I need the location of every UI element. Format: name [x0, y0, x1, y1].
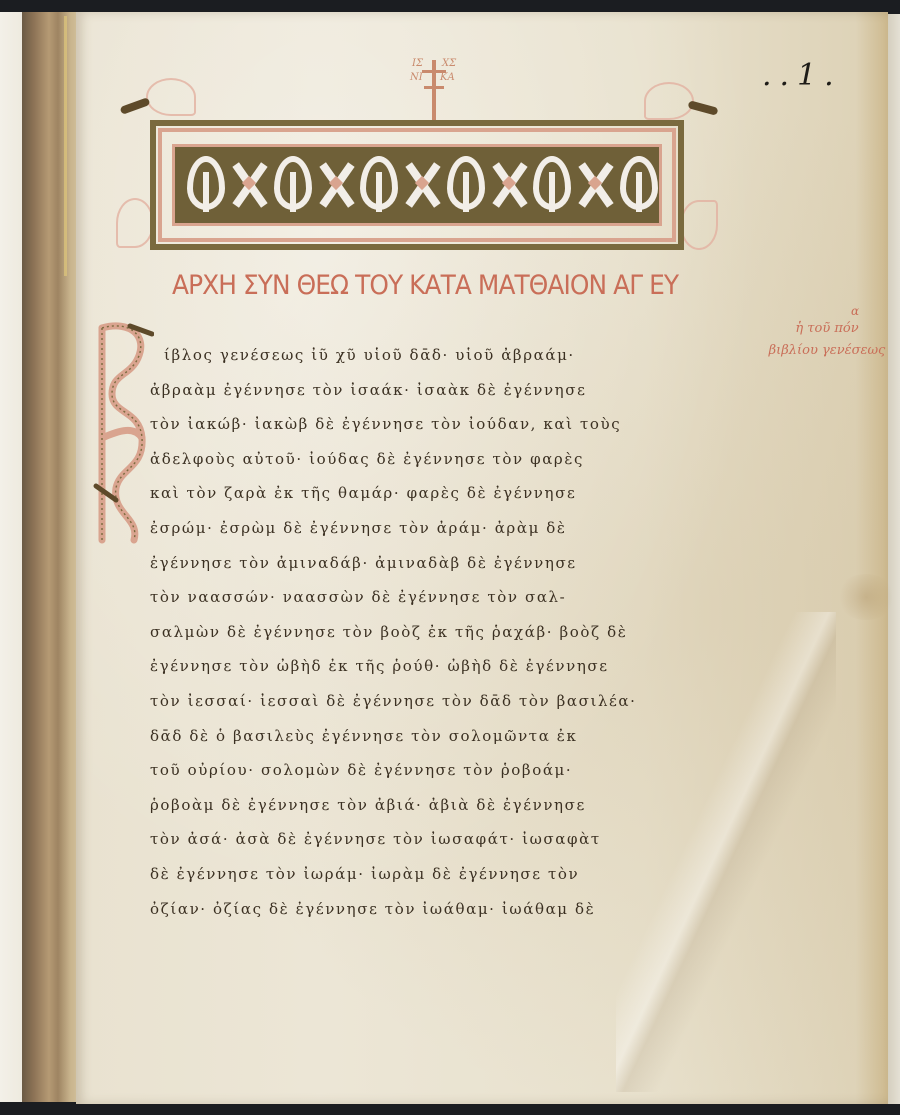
- cross-inscription-tl: ΙΣ: [412, 58, 423, 69]
- folio-number: ..1.: [762, 58, 842, 93]
- text-line: ἐγέννησε τὸν ἀμιναδάβ· ἀμιναδὰβ δὲ ἐγένν…: [150, 546, 690, 581]
- margin-mark: α: [818, 304, 892, 318]
- cross-ornament-icon: [482, 152, 525, 218]
- text-line: ἀβραὰμ ἐγέννησε τὸν ἰσαάκ· ἰσαὰκ δὲ ἐγέν…: [150, 373, 690, 408]
- headpiece-panel: [172, 144, 662, 226]
- leaf-stem: [636, 172, 642, 212]
- palmette-icon: [179, 152, 222, 218]
- text-line: δᾱδ δὲ ὁ βασιλεὺς ἐγέννησε τὸν σολομῶντα…: [150, 719, 690, 754]
- cross-ornament-icon: [222, 152, 265, 218]
- flourish-icon: [680, 200, 718, 250]
- cross-ornament-icon: [568, 152, 611, 218]
- leaf-stem: [463, 172, 469, 212]
- leaf-stem: [376, 172, 382, 212]
- cross-inscription-tr: ΧΣ: [442, 58, 456, 69]
- binding-gutter: [22, 12, 82, 1102]
- palmette-icon: [439, 152, 482, 218]
- binding-thread: [64, 16, 67, 276]
- text-line: τὸν ἰακώβ· ἰακὼβ δὲ ἐγέννησε τὸν ἰούδαν,…: [150, 407, 690, 442]
- leaf-stem: [290, 172, 296, 212]
- ornament-band: [179, 151, 655, 219]
- text-line: δὲ ἐγέννησε τὸν ἰωράμ· ἰωρὰμ δὲ ἐγέννησε…: [150, 857, 690, 892]
- flourish-icon: [146, 78, 196, 116]
- palmette-icon: [525, 152, 568, 218]
- main-text-column: ίβλος γενέσεως ἰῦ χῦ υἱοῦ δᾱδ· υἱοῦ ἀβρα…: [150, 338, 690, 926]
- cross-ornament-icon: [309, 152, 352, 218]
- palmette-icon: [612, 152, 655, 218]
- cross-bar-main: [424, 86, 444, 89]
- cross-inscription-br: ΚΑ: [440, 72, 455, 83]
- margin-note-line-1: ἡ τοῦ πόν: [762, 318, 892, 340]
- cross-inscription-bl: ΝΙ: [410, 72, 423, 83]
- text-line: ἐσρώμ· ἐσρὼμ δὲ ἐγέννησε τὸν ἀράμ· ἀρὰμ …: [150, 511, 690, 546]
- text-line: καὶ τὸν ζαρὰ ἐκ τῆς θαμάρ· φαρὲς δὲ ἐγέν…: [150, 476, 690, 511]
- text-line: ῥοβοὰμ δὲ ἐγέννησε τὸν ἀβιά· ἀβιὰ δὲ ἐγέ…: [150, 788, 690, 823]
- flourish-icon: [116, 198, 154, 248]
- palmette-icon: [266, 152, 309, 218]
- text-line: ἐγέννησε τὸν ὠβὴδ ἐκ τῆς ῥούθ· ὠβὴδ δὲ ἐ…: [150, 649, 690, 684]
- margin-annotation: α ἡ τοῦ πόν βιβλίου γενέσεως: [762, 304, 892, 362]
- margin-note-line-2: βιβλίου γενέσεως: [762, 340, 892, 362]
- leaf-stem: [203, 172, 209, 212]
- rubric-title: ΑΡΧΗ ΣΥΝ ΘΕΩ ΤΟΥ ΚΑΤΑ ΜΑΤΘΑΙΟΝ ΑΓ ΕΥ: [172, 270, 650, 301]
- text-line: σαλμὼν δὲ ἐγέννησε τὸν βοὸζ ἐκ τῆς ῥαχάβ…: [150, 615, 690, 650]
- decorated-initial-beta: [90, 318, 154, 554]
- manuscript-photo: ..1. ΙΣ ΧΣ ΝΙ ΚΑ ΑΡΧΗ ΣΥΝ ΘΕΩ ΤΟΥ ΚΑΤΑ Μ…: [0, 0, 900, 1115]
- flourish-icon: [644, 82, 694, 120]
- text-line: ὀζίαν· ὀζίας δὲ ἐγέννησε τὸν ἰωάθαμ· ἰωά…: [150, 892, 690, 927]
- text-line: ίβλος γενέσεως ἰῦ χῦ υἱοῦ δᾱδ· υἱοῦ ἀβρα…: [150, 338, 690, 373]
- illuminated-headpiece: [150, 120, 684, 250]
- initial-letter-icon: [90, 318, 154, 554]
- stain-mark: [836, 574, 896, 620]
- leaf-stem: [549, 172, 555, 212]
- text-line: τοῦ οὐρίου· σολομὼν δὲ ἐγέννησε τὸν ῥοβο…: [150, 753, 690, 788]
- text-line: τὸν ἀσά· ἀσὰ δὲ ἐγέννησε τὸν ἰωσαφάτ· ἰω…: [150, 822, 690, 857]
- text-line: τὸν ἰεσσαί· ἰεσσαὶ δὲ ἐγέννησε τὸν δᾱδ τ…: [150, 684, 690, 719]
- cross-ornament-icon: [395, 152, 438, 218]
- palmette-icon: [352, 152, 395, 218]
- text-line: τὸν ναασσών· ναασσὼν δὲ ἐγέννησε τὸν σαλ…: [150, 580, 690, 615]
- text-line: ἀδελφοὺς αὐτοῦ· ἰούδας δὲ ἐγέννησε τὸν φ…: [150, 442, 690, 477]
